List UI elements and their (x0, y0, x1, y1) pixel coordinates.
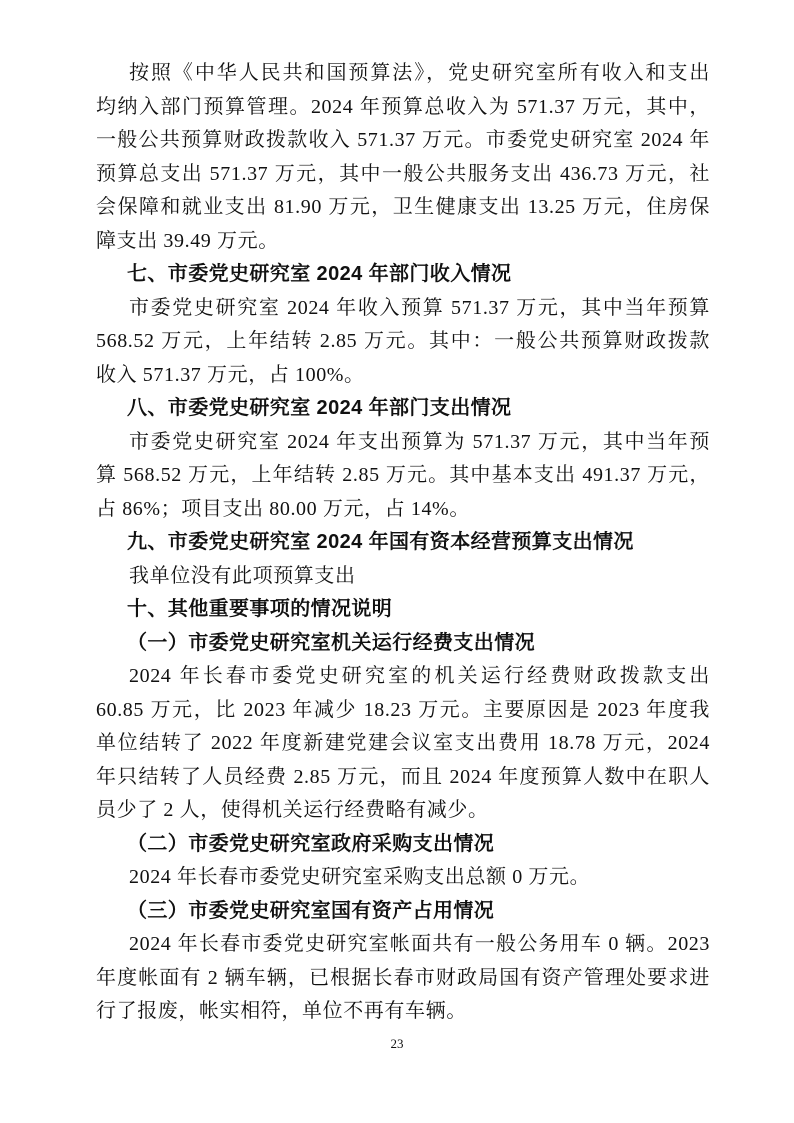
text-line: 障支出 39.49 万元。 (96, 225, 710, 259)
text-line: 均纳入部门预算管理。2024 年预算总收入为 571.37 万元，其中， (96, 91, 710, 125)
text-line: 年度帐面有 2 辆车辆，已根据长春市财政局国有资产管理处要求进 (96, 962, 710, 996)
section-heading: （三）市委党史研究室国有资产占用情况 (96, 895, 710, 929)
text-line: 收入 571.37 万元，占 100%。 (96, 359, 710, 393)
section-heading: （二）市委党史研究室政府采购支出情况 (96, 828, 710, 862)
text-line: 市委党史研究室 2024 年支出预算为 571.37 万元，其中当年预 (96, 426, 710, 460)
section-heading: 九、市委党史研究室 2024 年国有资本经营预算支出情况 (96, 526, 710, 560)
text-line: 2024 年长春市委党史研究室的机关运行经费财政拨款支出 (96, 660, 710, 694)
text-line: 年只结转了人员经费 2.85 万元，而且 2024 年度预算人数中在职人 (96, 761, 710, 795)
text-line: 我单位没有此项预算支出 (96, 560, 710, 594)
text-line: 一般公共预算财政拨款收入 571.37 万元。市委党史研究室 2024 年 (96, 124, 710, 158)
text-line: 会保障和就业支出 81.90 万元，卫生健康支出 13.25 万元，住房保 (96, 191, 710, 225)
text-line: 按照《中华人民共和国预算法》，党史研究室所有收入和支出 (96, 57, 710, 91)
text-line: 60.85 万元，比 2023 年减少 18.23 万元。主要原因是 2023 … (96, 694, 710, 728)
section-heading: 十、其他重要事项的情况说明 (96, 593, 710, 627)
text-line: 占 86%；项目支出 80.00 万元，占 14%。 (96, 493, 710, 527)
text-line: 2024 年长春市委党史研究室采购支出总额 0 万元。 (96, 861, 710, 895)
text-line: 行了报废，帐实相符，单位不再有车辆。 (96, 995, 710, 1029)
document-body: 按照《中华人民共和国预算法》，党史研究室所有收入和支出均纳入部门预算管理。202… (96, 57, 710, 1029)
text-line: 568.52 万元，上年结转 2.85 万元。其中：一般公共预算财政拨款 (96, 325, 710, 359)
text-line: 市委党史研究室 2024 年收入预算 571.37 万元，其中当年预算 (96, 292, 710, 326)
text-line: 算 568.52 万元，上年结转 2.85 万元。其中基本支出 491.37 万… (96, 459, 710, 493)
text-line: 预算总支出 571.37 万元，其中一般公共服务支出 436.73 万元，社 (96, 158, 710, 192)
text-line: 单位结转了 2022 年度新建党建会议室支出费用 18.78 万元，2024 (96, 727, 710, 761)
section-heading: 八、市委党史研究室 2024 年部门支出情况 (96, 392, 710, 426)
text-line: 2024 年长春市委党史研究室帐面共有一般公务用车 0 辆。2023 (96, 928, 710, 962)
page-number: 23 (0, 1036, 794, 1052)
section-heading: 七、市委党史研究室 2024 年部门收入情况 (96, 258, 710, 292)
section-heading: （一）市委党史研究室机关运行经费支出情况 (96, 627, 710, 661)
document-page: 按照《中华人民共和国预算法》，党史研究室所有收入和支出均纳入部门预算管理。202… (0, 0, 794, 1123)
text-line: 员少了 2 人，使得机关运行经费略有减少。 (96, 794, 710, 828)
